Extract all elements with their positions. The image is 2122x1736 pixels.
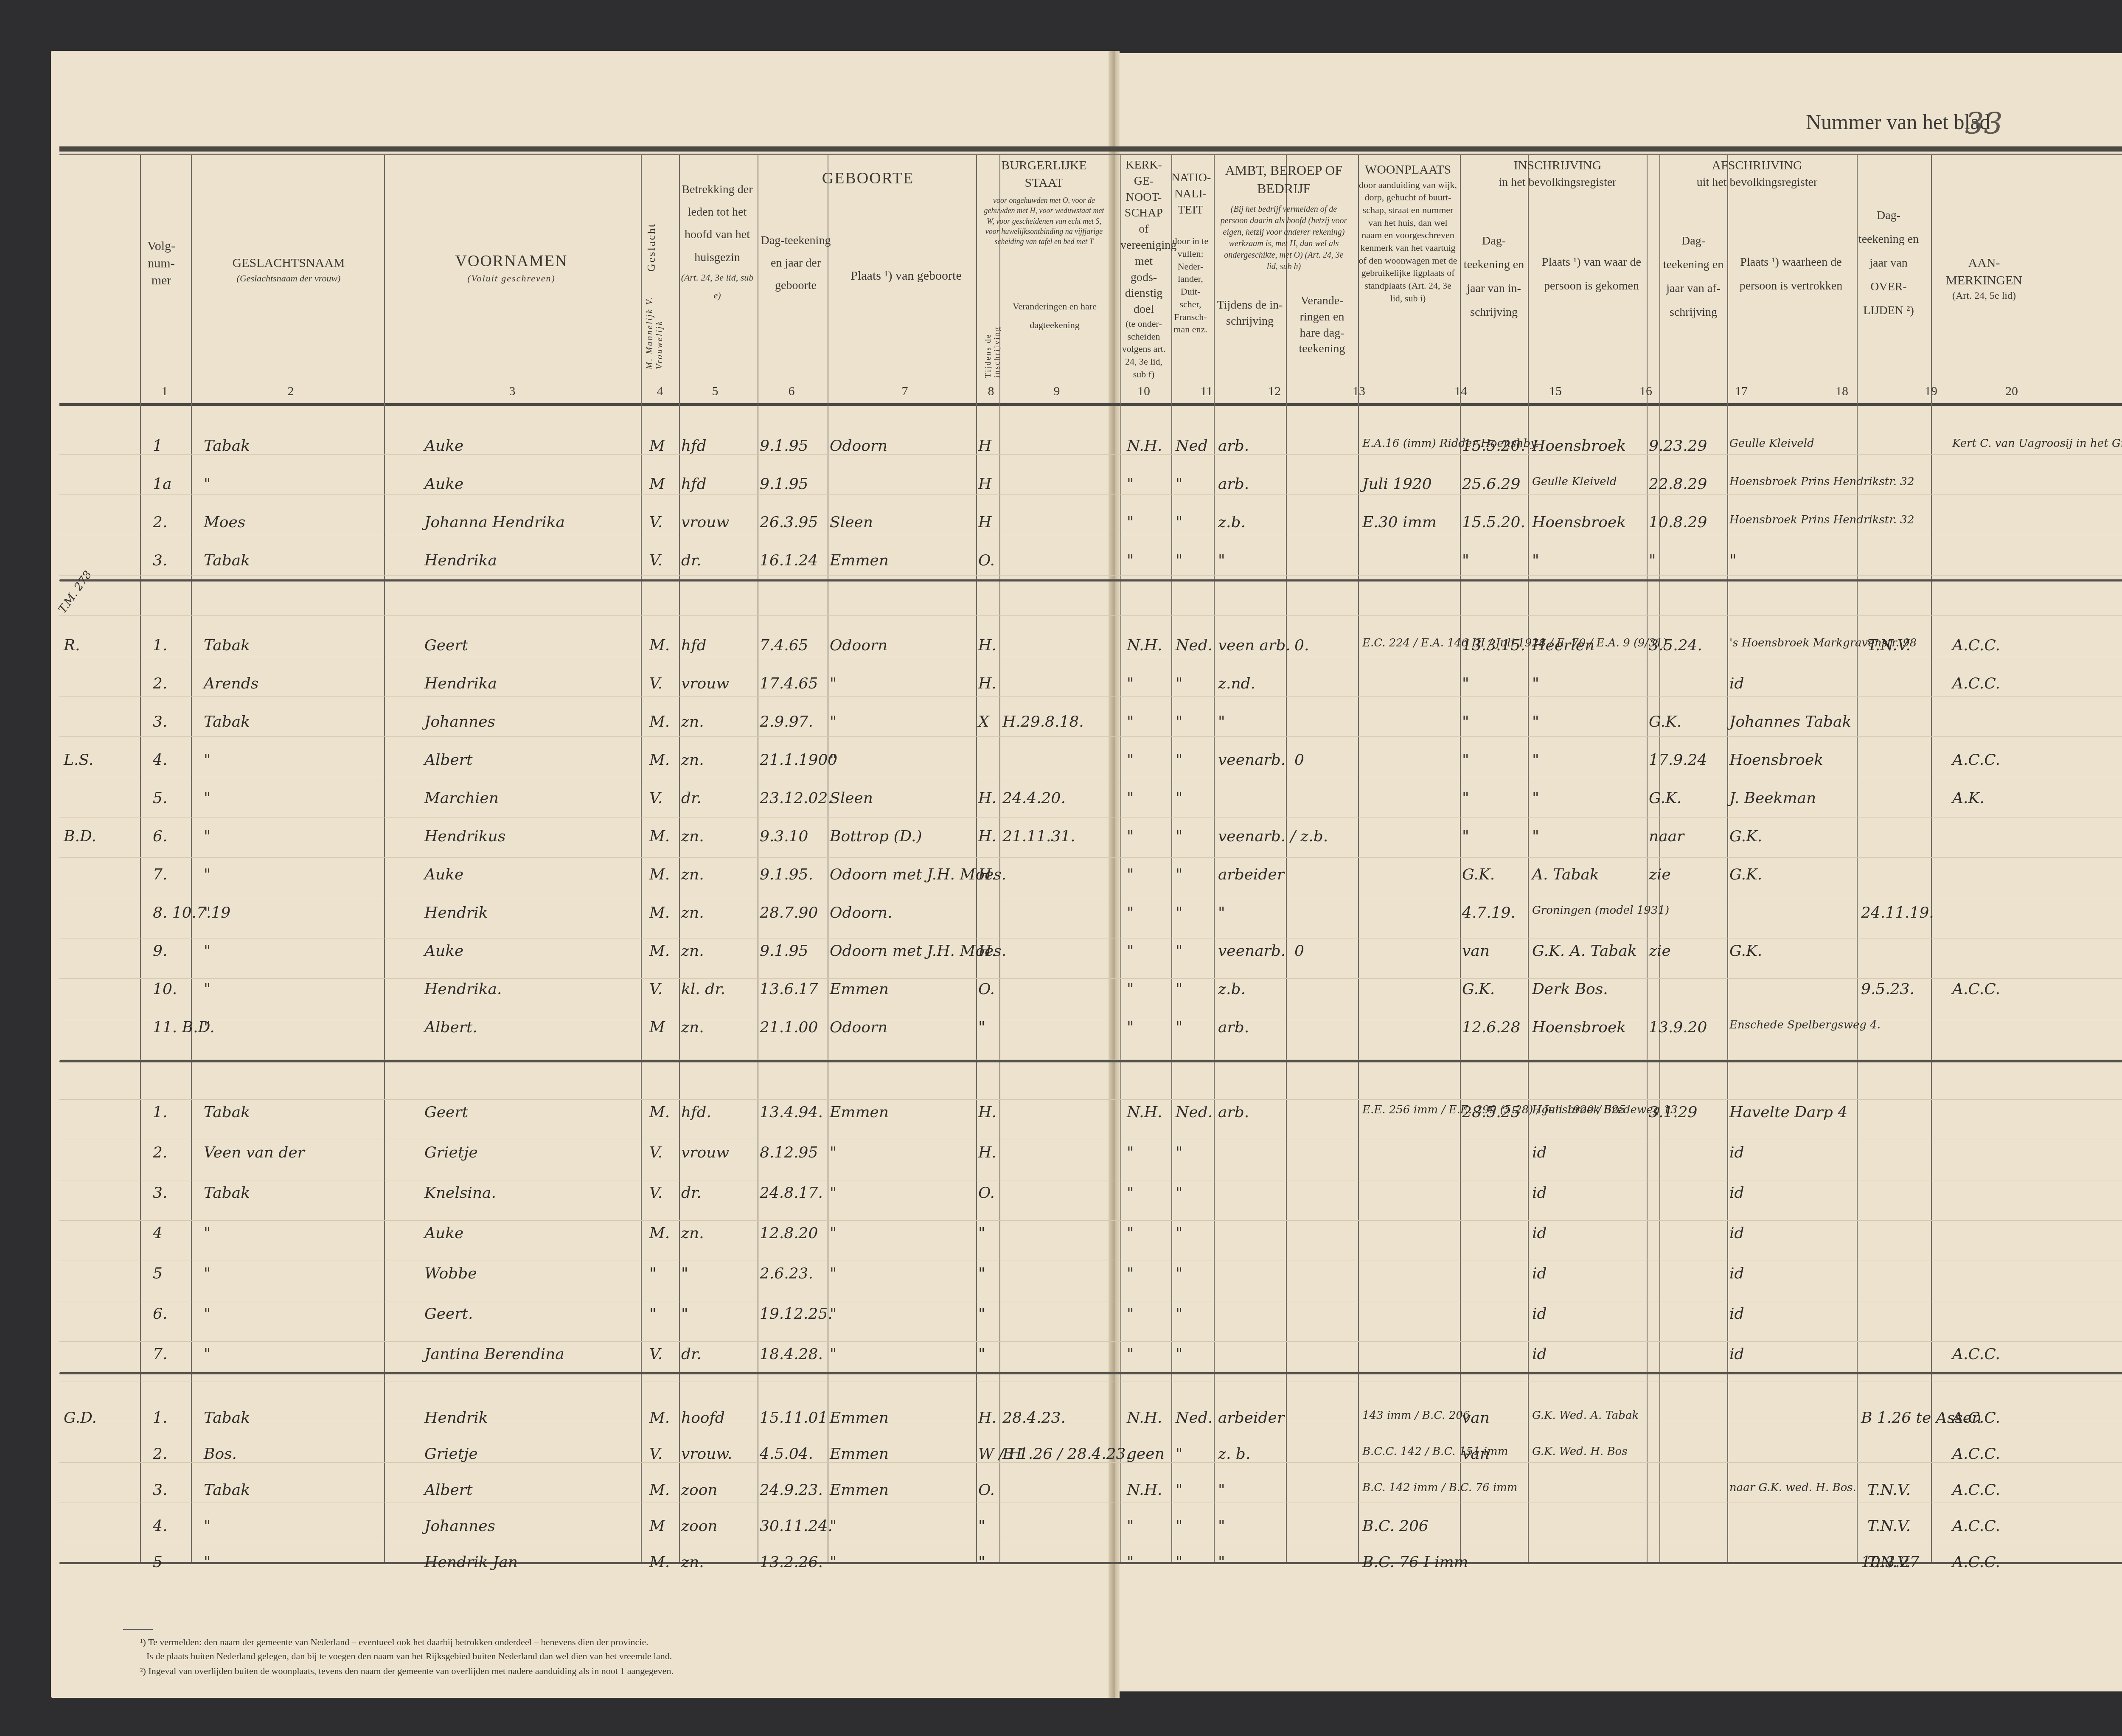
cell-bplace: Emmen — [830, 1481, 889, 1499]
cell-surname: Tabak — [204, 552, 250, 569]
cell-sex: V. — [649, 980, 662, 998]
cell-bdate: 21.1.1900 — [760, 751, 837, 769]
cell-civil: " — [978, 1346, 985, 1363]
cell-sex: V. — [649, 552, 662, 569]
cell-bdate: 13.6.17 — [760, 980, 818, 998]
cell-bplace: Emmen — [830, 980, 889, 998]
cell-rel: dr. — [681, 789, 702, 807]
column-line — [679, 155, 680, 1564]
header-top-rule-thin — [59, 154, 2122, 155]
cell-in-from: Hoensbroek — [1532, 514, 1626, 531]
cell-surname: " — [204, 1225, 211, 1242]
cell-remarks-a: T.N.V. — [1867, 1553, 1911, 1571]
cell-bdate: 9.1.95 — [760, 437, 808, 455]
cell-civil-change: 21.11.31. — [1002, 828, 1075, 845]
cell-bplace: Emmen — [830, 1409, 889, 1427]
cell-out-date: 9.23.29 — [1649, 437, 1707, 455]
cell-surname: " — [204, 980, 211, 998]
cell-given: Johannes — [424, 713, 495, 730]
afschrijving-title: AFSCHRIJVING — [1712, 158, 1802, 172]
cell-occ-change: 0 — [1294, 942, 1304, 960]
col8-header: Tijdens de inschrijving — [984, 293, 1002, 378]
cell-civil: H. — [978, 1409, 996, 1427]
cell-rel: vrouw — [681, 514, 729, 531]
cell-nr: 3. — [153, 1184, 167, 1202]
cell-nat: " — [1176, 942, 1183, 960]
cell-in-from: Groningen (model 1931) — [1532, 904, 1669, 917]
cell-civil: H. — [978, 1144, 996, 1161]
cell-given: Auke — [424, 942, 463, 960]
cell-nat: " — [1176, 552, 1183, 569]
col9-header: Veranderingen en hare dagteekening — [1006, 297, 1103, 334]
cell-sex: M — [649, 437, 665, 455]
cell-remarks: Kert C. van Uagroosij in het Grootboek — [1952, 437, 2122, 450]
ruled-line — [59, 1341, 2122, 1342]
col5-header: Betrekking der leden tot het hoofd van h… — [679, 178, 755, 304]
cell-church: N.H. — [1127, 637, 1162, 654]
cell-nr: 3. — [153, 552, 167, 569]
cell-occ: " — [1218, 904, 1225, 921]
cell-church: " — [1127, 1184, 1134, 1202]
cell-in-from: Heerlen — [1532, 637, 1594, 654]
cell-remarks: A.C.C. — [1952, 637, 2000, 654]
cell-given: Hendrik — [424, 1409, 488, 1427]
inschrijving-group: INSCHRIJVINGin het bevolkingsregister — [1460, 157, 1655, 190]
cell-bdate: 24.9.23. — [760, 1481, 823, 1499]
cell-given: Auke — [424, 1225, 463, 1242]
cell-out-to: id — [1729, 1225, 1744, 1242]
cell-surname: Tabak — [204, 1184, 250, 1202]
cell-out-date: " — [1649, 552, 1656, 569]
cell-bplace: Odoorn — [830, 437, 887, 455]
ruled-line — [59, 1382, 2122, 1382]
cell-civil: X — [978, 713, 989, 730]
cell-civil: O. — [978, 1481, 995, 1499]
cell-rel: hfd. — [681, 1104, 711, 1121]
cell-occ-change: 0. — [1294, 637, 1309, 654]
cell-rel: kl. dr. — [681, 980, 725, 998]
cell-mark: B.D. — [64, 828, 96, 845]
ruled-line — [59, 1019, 2122, 1019]
ruled-line — [59, 777, 2122, 777]
cell-surname: " — [204, 942, 211, 960]
cell-bdate: 28.7.90 — [760, 904, 818, 921]
cell-bplace: Odoorn — [830, 637, 887, 654]
cell-rel: vrouw — [681, 1144, 729, 1161]
cell-rel: zn. — [681, 942, 704, 960]
col-number: 12 — [1262, 384, 1287, 399]
cell-remarks: A.C.C. — [1952, 1445, 2000, 1463]
col14-sub: door aanduiding van wijk, dorp, gehucht … — [1358, 179, 1458, 305]
col15-header: Dag-teekening en jaar van in-schrijving — [1460, 229, 1528, 324]
cell-nr: 1. — [153, 1104, 167, 1121]
cell-occ: veen arb. — [1218, 637, 1291, 654]
cell-out-to: Havelte Darp 4 — [1729, 1104, 1847, 1121]
cell-rel: vrouw — [681, 675, 729, 692]
cell-rel: hoofd — [681, 1409, 725, 1427]
column-line — [1214, 155, 1215, 1564]
cell-given: Auke — [424, 437, 463, 455]
cell-civil: O. — [978, 1184, 995, 1202]
cell-in-from: id — [1532, 1184, 1547, 1202]
col3-title: VOORNAMEN — [455, 252, 568, 270]
cell-given: Albert — [424, 1481, 473, 1499]
cell-out-date: 3.1.29 — [1649, 1104, 1698, 1121]
cell-bdate: 19.12.25. — [760, 1305, 833, 1323]
cell-out-to: Hoensbroek Prins Hendrikstr. 32 — [1729, 475, 1914, 488]
col-number: 5 — [702, 384, 728, 399]
cell-remarks: A.C.C. — [1952, 751, 2000, 769]
household-separator — [59, 579, 2122, 581]
cell-out-date: 22.8.29 — [1649, 475, 1707, 493]
cell-nat: " — [1176, 789, 1183, 807]
cell-civil: H. — [978, 828, 996, 845]
col-number: 8 — [978, 384, 1004, 399]
col2-sub: (Geslachtsnaam der vrouw) — [195, 272, 382, 285]
ruled-line — [59, 575, 2122, 576]
col5-title: Betrekking der leden tot het hoofd van h… — [682, 183, 752, 264]
ambt-note: (Bij het bedrijf vermelden of de persoon… — [1218, 204, 1350, 272]
cell-church: geen — [1127, 1445, 1165, 1463]
cell-nr: 10. — [153, 980, 177, 998]
col10-header: KERK-GE-NOOT-SCHAP of vereeniging met go… — [1120, 157, 1167, 380]
cell-given: Marchien — [424, 789, 499, 807]
column-line — [140, 155, 141, 1564]
cell-occ: " — [1218, 1481, 1225, 1499]
cell-in-date: 15.5.20. — [1462, 437, 1525, 455]
cell-sex: V. — [649, 1144, 662, 1161]
cell-sex: M. — [649, 637, 670, 654]
cell-given: Hendrik — [424, 904, 488, 921]
cell-bplace: " — [830, 1553, 837, 1571]
cell-given: Geert — [424, 637, 468, 654]
cell-out-date: 17.9.24 — [1649, 751, 1707, 769]
cell-remarks: A.C.C. — [1952, 980, 2000, 998]
col14-header: WOONPLAATSdoor aanduiding van wijk, dorp… — [1358, 161, 1458, 304]
cell-bplace: " — [830, 1184, 837, 1202]
cell-sex: M. — [649, 751, 670, 769]
cell-address: B.C. 206 — [1362, 1517, 1429, 1535]
cell-in-from: " — [1532, 751, 1539, 769]
cell-surname: " — [204, 866, 211, 883]
ruled-line — [59, 535, 2122, 535]
cell-civil-change: H.29.8.18. — [1002, 713, 1084, 730]
cell-occ: arbeider — [1218, 866, 1284, 883]
cell-church: " — [1127, 713, 1134, 730]
col-number: 2 — [278, 384, 303, 399]
ruled-line — [59, 696, 2122, 697]
cell-civil: H. — [978, 942, 996, 960]
afschrijving-sub: uit het bevolkingsregister — [1659, 174, 1855, 191]
cell-out-to: G.K. — [1729, 828, 1762, 845]
cell-surname: Tabak — [204, 1409, 250, 1427]
cell-church: N.H. — [1127, 1481, 1162, 1499]
cell-given: Grietje — [424, 1144, 478, 1161]
cell-out-to: Geulle Kleiveld — [1729, 437, 1814, 450]
col2-header: GESLACHTSNAAM(Geslachtsnaam der vrouw) — [195, 255, 382, 284]
cell-occ-change: 0 — [1294, 751, 1304, 769]
cell-nr: 3. — [153, 1481, 167, 1499]
cell-rel: zoon — [681, 1481, 718, 1499]
cell-civil: H — [978, 437, 991, 455]
cell-in-from: " — [1532, 828, 1539, 845]
cell-death: 9.5.23. — [1861, 980, 1914, 998]
cell-out-to: id — [1729, 1144, 1744, 1161]
column-line — [1857, 155, 1858, 1564]
cell-nr: 6. — [153, 828, 167, 845]
cell-nat: " — [1176, 751, 1183, 769]
cell-nat: " — [1176, 713, 1183, 730]
col16-header: Plaats ¹) van waar de persoon is gekomen — [1536, 250, 1647, 298]
cell-sex: V. — [649, 675, 662, 692]
cell-in-from: id — [1532, 1144, 1547, 1161]
cell-occ: arb. — [1218, 1104, 1249, 1121]
cell-sex: M. — [649, 828, 670, 845]
cell-sex: M. — [649, 1225, 670, 1242]
cell-bdate: 12.8.20 — [760, 1225, 818, 1242]
cell-surname: " — [204, 1517, 211, 1535]
col-number: 14 — [1448, 384, 1474, 399]
cell-in-date: G.K. — [1462, 866, 1495, 883]
cell-out-to: naar G.K. wed. H. Bos. — [1729, 1481, 1856, 1494]
cell-bplace: " — [830, 1305, 837, 1323]
ruled-line — [59, 1301, 2122, 1301]
cell-out-to: G.K. — [1729, 866, 1762, 883]
cell-bplace: " — [830, 675, 837, 692]
sheet-number-label: Nummer van het blad — [1806, 110, 1990, 134]
col-number: 15 — [1543, 384, 1568, 399]
cell-nat: " — [1176, 1445, 1183, 1463]
cell-given: Johannes — [424, 1517, 495, 1535]
cell-bdate: 4.5.04. — [760, 1445, 813, 1463]
cell-sex: " — [649, 1305, 657, 1323]
col20-title: AAN-MERKINGEN — [1946, 256, 2022, 287]
cell-sex: V. — [649, 789, 662, 807]
footnote-2: ²) Ingeval van overlijden buiten de woon… — [140, 1664, 674, 1678]
cell-bdate: 7.4.65 — [760, 637, 808, 654]
cell-sex: M. — [649, 1481, 670, 1499]
ruled-line — [59, 978, 2122, 979]
column-line — [641, 155, 642, 1564]
cell-rel: zn. — [681, 1019, 704, 1036]
cell-out-date: zie — [1649, 866, 1671, 883]
burgerlijke-staat-group: BURGERLIJKE STAAT — [980, 157, 1108, 191]
cell-surname: Arends — [204, 675, 258, 692]
cell-civil: H. — [978, 866, 996, 883]
cell-remarks-a: T.N.V. — [1867, 1481, 1911, 1499]
cell-nat: Ned. — [1176, 1104, 1213, 1121]
cell-nr: 8. 10.7.19 — [153, 904, 230, 921]
cell-rel: hfd — [681, 637, 707, 654]
cell-church: " — [1127, 675, 1134, 692]
cell-rel: zn. — [681, 1553, 704, 1571]
cell-sex: M — [649, 475, 665, 493]
cell-rel: dr. — [681, 1184, 702, 1202]
cell-occ: " — [1218, 1517, 1225, 1535]
cell-rel: zoon — [681, 1517, 718, 1535]
cell-surname: " — [204, 1553, 211, 1571]
cell-bdate: 17.4.65 — [760, 675, 818, 692]
cell-bdate: 9.1.95 — [760, 475, 808, 493]
column-line — [1358, 155, 1359, 1564]
cell-in-date: 12.6.28 — [1462, 1019, 1520, 1036]
cell-bplace: Odoorn. — [830, 904, 893, 921]
cell-nat: " — [1176, 1265, 1183, 1282]
col7-header: Plaats ¹) van geboorte — [836, 267, 976, 285]
col18-header: Plaats ¹) waarheen de persoon is vertrok… — [1732, 250, 1850, 298]
cell-in-from: Hoensbroek — [1532, 1019, 1626, 1036]
cell-address: B.C. 142 imm / B.C. 76 imm — [1362, 1481, 1518, 1494]
cell-nat: " — [1176, 675, 1183, 692]
footnote-1b: Is de plaats buiten Nederland gelegen, d… — [146, 1649, 672, 1663]
geboorte-group: GEBOORTE — [760, 168, 976, 189]
cell-surname: Tabak — [204, 437, 250, 455]
cell-out-to: Hoensbroek — [1729, 751, 1823, 769]
cell-out-to: id — [1729, 675, 1744, 692]
cell-bplace: Bottrop (D.) — [830, 828, 922, 845]
cell-in-from: Derk Bos. — [1532, 980, 1608, 998]
cell-church: " — [1127, 1553, 1134, 1571]
cell-civil-change: 24.4.20. — [1002, 789, 1066, 807]
ruled-line — [59, 615, 2122, 616]
column-line — [1727, 155, 1728, 1564]
col14-title: WOONPLAATS — [1365, 163, 1451, 177]
cell-nat: " — [1176, 1305, 1183, 1323]
cell-church: " — [1127, 1019, 1134, 1036]
cell-mark: R. — [64, 637, 80, 654]
cell-remarks: A.C.C. — [1952, 1553, 2000, 1571]
cell-surname: " — [204, 475, 211, 493]
col12-header: Tijdens de in-schrijving — [1214, 297, 1286, 329]
cell-given: Albert. — [424, 1019, 477, 1036]
footnote-rule — [123, 1629, 153, 1630]
cell-nr: 2. — [153, 514, 167, 531]
header-bottom-rule — [59, 403, 2122, 406]
cell-out-to: Johannes Tabak — [1729, 713, 1851, 730]
cell-civil: " — [978, 1553, 985, 1571]
column-line — [828, 155, 828, 1564]
cell-in-date: van — [1462, 1445, 1490, 1463]
cell-church: " — [1127, 942, 1134, 960]
burgerlijke-staat-note: voor ongehuwden met O, voor de gehuwden … — [980, 195, 1108, 247]
inschrijving-sub: in het bevolkingsregister — [1460, 174, 1655, 191]
cell-sex: M. — [649, 1409, 670, 1427]
cell-in-date: 15.5.20. — [1462, 514, 1525, 531]
cell-bdate: 2.6.23. — [760, 1265, 813, 1282]
cell-occ: z.b. — [1218, 980, 1246, 998]
cell-civil: H — [978, 514, 991, 531]
cell-civil: O. — [978, 980, 995, 998]
cell-nat: " — [1176, 1184, 1183, 1202]
cell-civil: " — [978, 1225, 985, 1242]
cell-nr: 7. — [153, 1346, 167, 1363]
cell-in-from: G.K. Wed. H. Bos — [1532, 1445, 1628, 1458]
cell-nat: " — [1176, 514, 1183, 531]
cell-rel: zn. — [681, 866, 704, 883]
column-line — [976, 155, 977, 1564]
col-number: 4 — [647, 384, 673, 399]
cell-remarks: A.C.C. — [1952, 1346, 2000, 1363]
cell-church: " — [1127, 1144, 1134, 1161]
cell-in-date: van — [1462, 942, 1490, 960]
cell-in-date: " — [1462, 713, 1469, 730]
ruled-line — [59, 1503, 2122, 1503]
cell-civil: " — [978, 1265, 985, 1282]
col4-header: Geslacht — [645, 174, 658, 272]
cell-bdate: 26.3.95 — [760, 514, 818, 531]
ruled-line — [59, 1140, 2122, 1140]
cell-civil: O. — [978, 552, 995, 569]
cell-sex: M. — [649, 713, 670, 730]
cell-surname: " — [204, 1346, 211, 1363]
cell-remarks: A.C.C. — [1952, 1517, 2000, 1535]
cell-occ: arb. — [1218, 437, 1249, 455]
column-line — [1528, 155, 1529, 1564]
cell-out-date: 3.5.24. — [1649, 637, 1702, 654]
cell-church: " — [1127, 1517, 1134, 1535]
col-number: 10 — [1131, 384, 1156, 399]
cell-given: Hendrika. — [424, 980, 502, 998]
ruled-line — [59, 1099, 2122, 1100]
cell-sex: V. — [649, 1346, 662, 1363]
cell-church: " — [1127, 1346, 1134, 1363]
cell-bdate: 8.12.95 — [760, 1144, 818, 1161]
footnote-1a: ¹) Te vermelden: den naam der gemeente v… — [140, 1635, 648, 1649]
cell-out-to: id — [1729, 1265, 1744, 1282]
col-number: 11 — [1194, 384, 1219, 399]
cell-surname: " — [204, 828, 211, 845]
cell-nr: 6. — [153, 1305, 167, 1323]
ruled-line — [59, 1462, 2122, 1463]
cell-church: " — [1127, 828, 1134, 845]
cell-out-to: Hoensbroek Prins Hendrikstr. 32 — [1729, 514, 1914, 526]
cell-rel: " — [681, 1305, 688, 1323]
col11-sub: door in te vullen: Neder-lander, Duit-sc… — [1171, 235, 1210, 336]
cell-bdate: 21.1.00 — [760, 1019, 818, 1036]
cell-rel: dr. — [681, 552, 702, 569]
cell-nr: 4. — [153, 751, 167, 769]
cell-remarks: A.C.C. — [1952, 1481, 2000, 1499]
cell-rel: zn. — [681, 828, 704, 845]
cell-occ: veenarb. / z.b. — [1218, 828, 1328, 845]
cell-occ: arbeider — [1218, 1409, 1284, 1427]
cell-bplace: Sleen — [830, 789, 873, 807]
cell-church: " — [1127, 904, 1134, 921]
cell-surname: Tabak — [204, 637, 250, 654]
column-line — [1171, 155, 1172, 1564]
col-number: 7 — [892, 384, 918, 399]
ruled-line — [59, 938, 2122, 938]
cell-bplace: " — [830, 1346, 837, 1363]
cell-given: Geert. — [424, 1305, 473, 1323]
cell-nat: Ned — [1176, 437, 1208, 455]
cell-given: Johanna Hendrika — [424, 514, 565, 531]
cell-out-date: 10.8.29 — [1649, 514, 1707, 531]
cell-given: Hendrika — [424, 552, 497, 569]
cell-civil: H. — [978, 789, 996, 807]
cell-surname: " — [204, 751, 211, 769]
cell-nat: Ned. — [1176, 637, 1213, 654]
cell-mark: G.D. — [64, 1409, 97, 1427]
cell-given: Wobbe — [424, 1265, 477, 1282]
cell-occ: arb. — [1218, 475, 1249, 493]
cell-nr: 5 — [153, 1553, 163, 1571]
header-top-rule — [59, 146, 2122, 152]
cell-nr: 2. — [153, 1144, 167, 1161]
cell-bdate: 9.1.95. — [760, 866, 813, 883]
cell-civil-change: B 1.26 / 28.4.23. — [1002, 1445, 1131, 1463]
cell-remarks: A.C.C. — [1952, 1409, 2000, 1427]
